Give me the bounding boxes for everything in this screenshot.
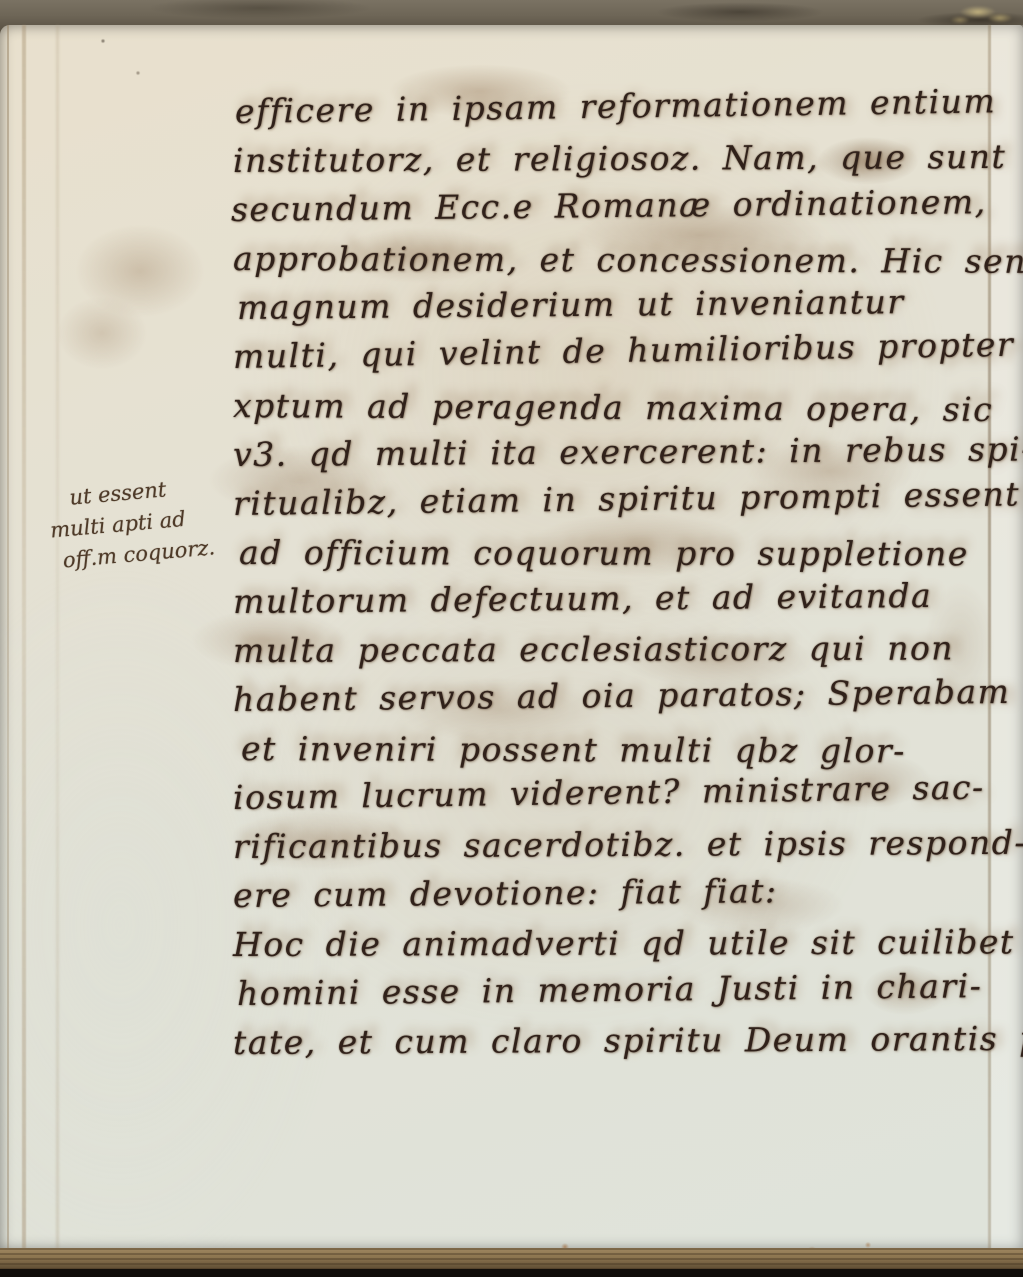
manuscript-line: secundum Ecc.e Romanæ ordinationem, bbox=[231, 177, 991, 234]
manuscript-line: homini esse in memoria Justi in chari- bbox=[237, 961, 997, 1018]
manuscript-line: rificantibus sacerdotibz. et ipsis respo… bbox=[233, 818, 993, 871]
book-page-edges bbox=[0, 1248, 1023, 1269]
margin-annotation: ut essent multi apti ad off.m coquorz. bbox=[40, 469, 232, 578]
gutter-crease bbox=[22, 25, 26, 1250]
manuscript-line: efficere in ipsam reformationem entium bbox=[235, 76, 996, 136]
manuscript-line: iosum lucrum viderent? ministrare sac- bbox=[233, 762, 994, 822]
manuscript-line: institutorz, et religiosoz. Nam, que sun… bbox=[233, 132, 993, 185]
manuscript-line: ere cum devotione: fiat fiat: bbox=[233, 864, 993, 920]
manuscript-line: multorum defectuum, et ad evitanda bbox=[233, 570, 993, 626]
binding-fiber-tuft bbox=[930, 0, 1016, 28]
manuscript-line: multi, qui velint de humilioribus propte… bbox=[233, 320, 994, 381]
handwritten-text-block: efficere in ipsam reformationem entium i… bbox=[233, 87, 993, 1067]
manuscript-line: ritualibz, etiam in spiritu prompti esse… bbox=[233, 470, 994, 528]
gutter-crease bbox=[7, 25, 9, 1250]
gutter-crease bbox=[56, 25, 59, 1250]
manuscript-line: habent servos ad oia paratos; Sperabam bbox=[233, 667, 993, 724]
manuscript-photo: efficere in ipsam reformationem entium i… bbox=[0, 0, 1023, 1277]
manuscript-line: tate, et cum claro spiritu Deum orantis … bbox=[233, 1014, 993, 1067]
manuscript-page: efficere in ipsam reformationem entium i… bbox=[0, 25, 1023, 1250]
